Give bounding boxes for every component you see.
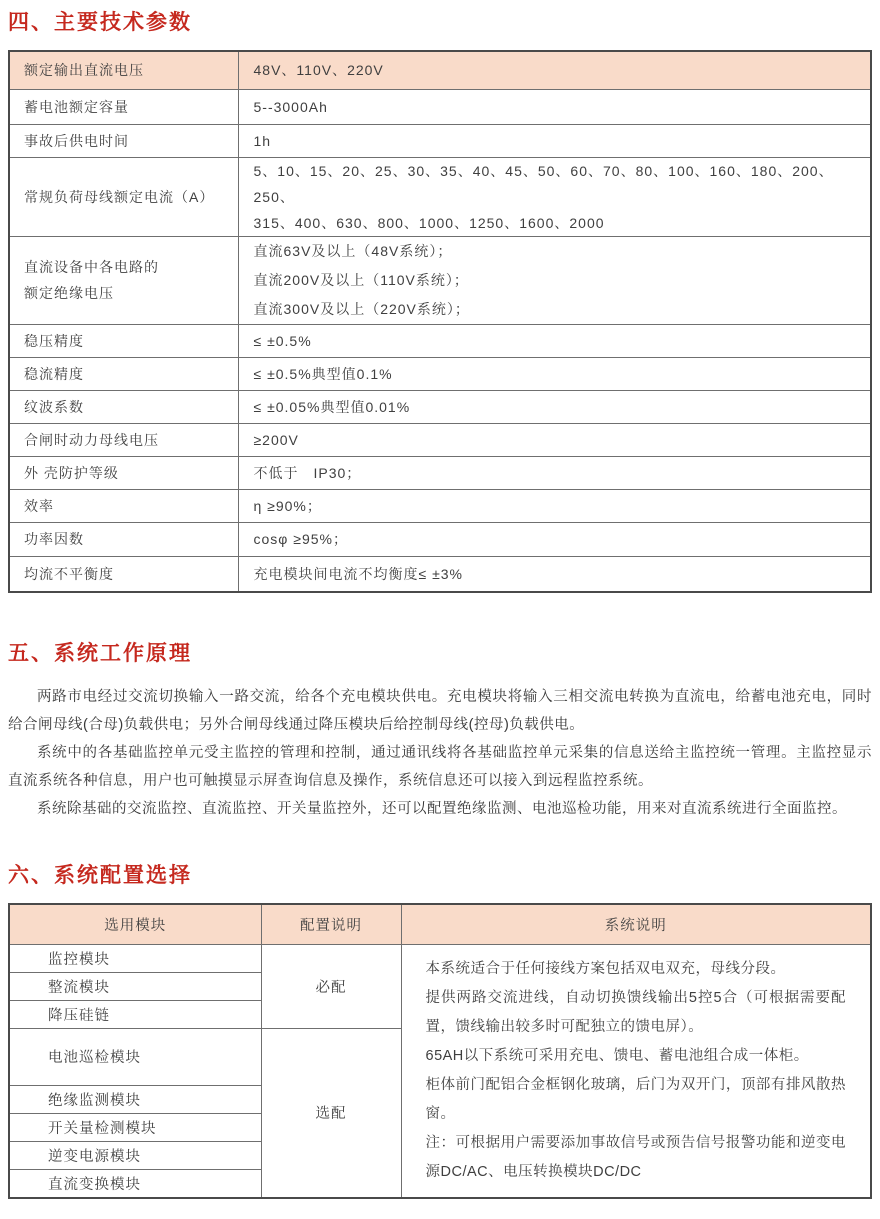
column-header: 配置说明 <box>261 904 401 944</box>
param-label: 外 壳防护等级 <box>9 456 238 489</box>
param-label: 合闸时动力母线电压 <box>9 423 238 456</box>
column-header: 选用模块 <box>9 904 261 944</box>
param-value: ≤ ±0.5% <box>238 324 871 357</box>
param-label: 功率因数 <box>9 522 238 556</box>
param-label: 稳流精度 <box>9 357 238 390</box>
param-value: ≤ ±0.5%典型值0.1% <box>238 357 871 390</box>
section6-title: 六、系统配置选择 <box>8 861 872 891</box>
table-row: 事故后供电时间 1h <box>9 124 871 157</box>
paragraph: 系统中的各基础监控单元受主监控的管理和控制，通过通讯线将各基础监控单元采集的信息… <box>8 739 872 795</box>
table-row: 外 壳防护等级 不低于 IP30； <box>9 456 871 489</box>
param-label: 纹波系数 <box>9 390 238 423</box>
config-label: 选配 <box>261 1028 401 1198</box>
param-label: 稳压精度 <box>9 324 238 357</box>
param-label: 效率 <box>9 489 238 522</box>
note-line: 提供两路交流进线，自动切换馈线输出5控5合（可根据需要配置，馈线输出较多时可配独… <box>426 984 847 1042</box>
table-row: 均流不平衡度 充电模块间电流不均衡度≤ ±3% <box>9 556 871 592</box>
param-value: 1h <box>238 124 871 157</box>
module-name: 监控模块 <box>9 944 261 972</box>
param-value: η ≥90%； <box>238 489 871 522</box>
param-value: 直流63V及以上（48V系统）； 直流200V及以上（110V系统）； 直流30… <box>238 236 871 324</box>
param-label: 均流不平衡度 <box>9 556 238 592</box>
param-value: ≤ ±0.05%典型值0.01% <box>238 390 871 423</box>
param-label: 蓄电池额定容量 <box>9 89 238 124</box>
paragraph: 系统除基础的交流监控、直流监控、开关量监控外，还可以配置绝缘监测、电池巡检功能，… <box>8 795 872 823</box>
table-row: 效率 η ≥90%； <box>9 489 871 522</box>
param-value: cosφ ≥95%； <box>238 522 871 556</box>
column-header: 系统说明 <box>401 904 871 944</box>
param-label: 事故后供电时间 <box>9 124 238 157</box>
section4-title: 四、主要技术参数 <box>8 8 872 38</box>
table-row: 稳压精度 ≤ ±0.5% <box>9 324 871 357</box>
table-row: 直流设备中各电路的 额定绝缘电压 直流63V及以上（48V系统）； 直流200V… <box>9 236 871 324</box>
table-row: 常规负荷母线额定电流（A） 5、10、15、20、25、30、35、40、45、… <box>9 157 871 236</box>
module-name: 电池巡检模块 <box>9 1028 261 1086</box>
note-line: 65AH以下系统可采用充电、馈电、蓄电池组合成一体柜。 <box>426 1042 847 1071</box>
note-line: 柜体前门配铝合金框钢化玻璃，后门为双开门，顶部有排风散热窗。 <box>426 1071 847 1129</box>
table-row: 纹波系数 ≤ ±0.05%典型值0.01% <box>9 390 871 423</box>
param-value: 5、10、15、20、25、30、35、40、45、50、60、70、80、10… <box>238 157 871 236</box>
paragraph: 两路市电经过交流切换输入一路交流，给各个充电模块供电。充电模块将输入三相交流电转… <box>8 683 872 739</box>
param-value: 5--3000Ah <box>238 89 871 124</box>
config-label: 必配 <box>261 944 401 1028</box>
param-value: 不低于 IP30； <box>238 456 871 489</box>
module-name: 整流模块 <box>9 972 261 1000</box>
table-row: 稳流精度 ≤ ±0.5%典型值0.1% <box>9 357 871 390</box>
section5-title: 五、系统工作原理 <box>8 639 872 669</box>
param-label: 常规负荷母线额定电流（A） <box>9 157 238 236</box>
module-name: 绝缘监测模块 <box>9 1086 261 1114</box>
tech-params-table: 额定输出直流电压 48V、110V、220V 蓄电池额定容量 5--3000Ah… <box>8 50 872 593</box>
param-value: 充电模块间电流不均衡度≤ ±3% <box>238 556 871 592</box>
param-value: 48V、110V、220V <box>238 51 871 89</box>
note-line: 注：可根据用户需要添加事故信号或预告信号报警功能和逆变电源DC/AC、电压转换模… <box>426 1129 847 1187</box>
module-name: 逆变电源模块 <box>9 1142 261 1170</box>
table-header-row: 选用模块 配置说明 系统说明 <box>9 904 871 944</box>
param-label: 直流设备中各电路的 额定绝缘电压 <box>9 236 238 324</box>
system-description: 本系统适合于任何接线方案包括双电双充，母线分段。 提供两路交流进线，自动切换馈线… <box>401 944 871 1198</box>
table-row: 监控模块 必配 本系统适合于任何接线方案包括双电双充，母线分段。 提供两路交流进… <box>9 944 871 972</box>
table-row: 合闸时动力母线电压 ≥200V <box>9 423 871 456</box>
note-line: 本系统适合于任何接线方案包括双电双充，母线分段。 <box>426 955 847 984</box>
param-label: 额定输出直流电压 <box>9 51 238 89</box>
table-row: 额定输出直流电压 48V、110V、220V <box>9 51 871 89</box>
module-name: 直流变换模块 <box>9 1170 261 1198</box>
working-principle-text: 两路市电经过交流切换输入一路交流，给各个充电模块供电。充电模块将输入三相交流电转… <box>8 683 872 823</box>
table-row: 蓄电池额定容量 5--3000Ah <box>9 89 871 124</box>
module-name: 开关量检测模块 <box>9 1114 261 1142</box>
module-name: 降压硅链 <box>9 1000 261 1028</box>
table-row: 功率因数 cosφ ≥95%； <box>9 522 871 556</box>
config-table: 选用模块 配置说明 系统说明 监控模块 必配 本系统适合于任何接线方案包括双电双… <box>8 903 872 1199</box>
param-value: ≥200V <box>238 423 871 456</box>
